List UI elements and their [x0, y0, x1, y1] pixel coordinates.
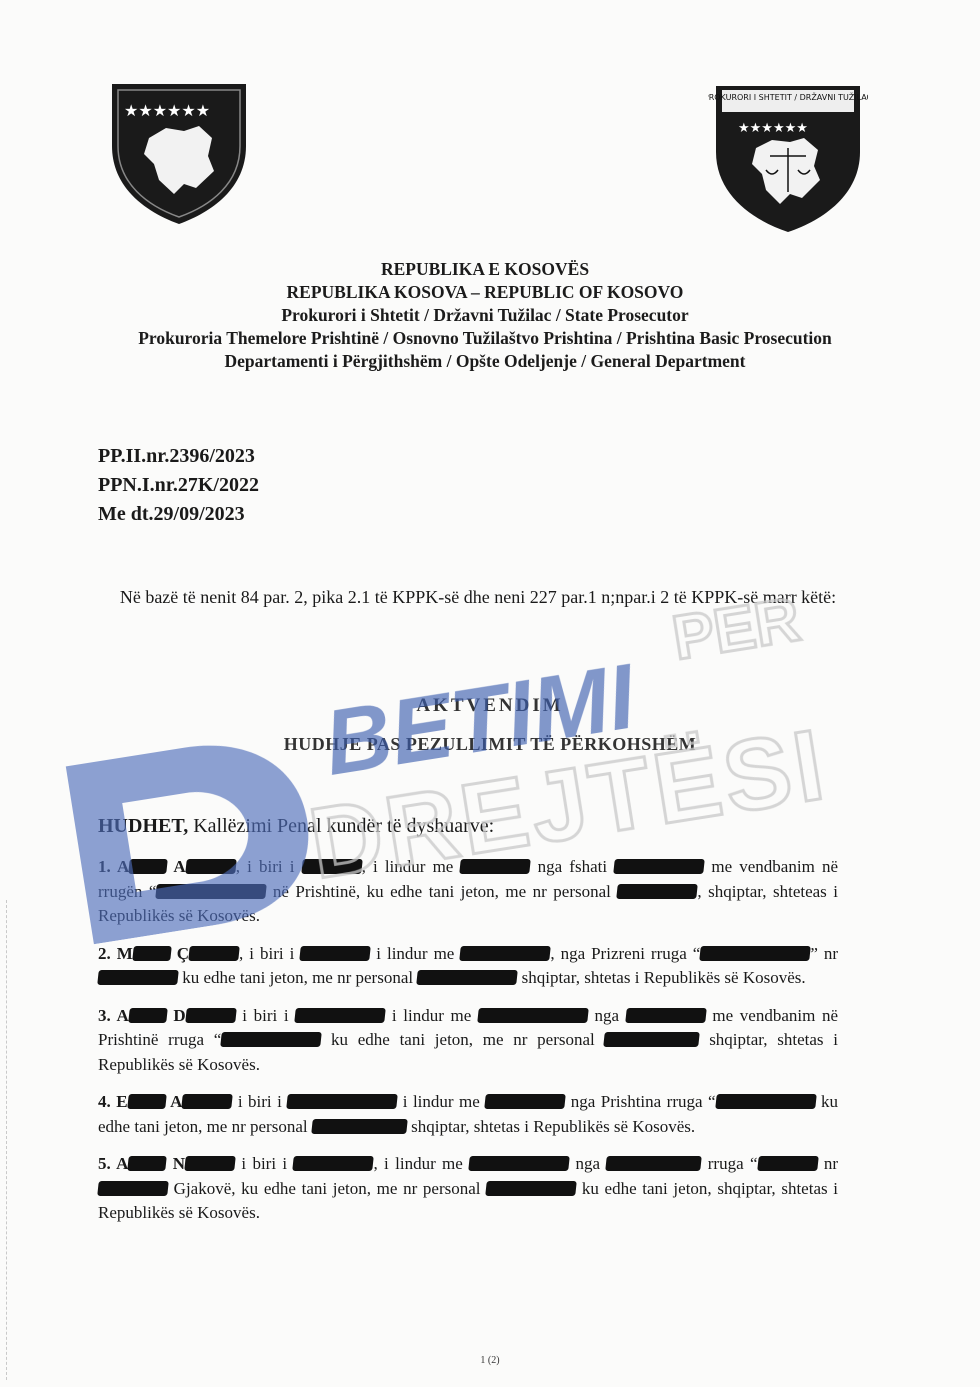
suspect-entry: 1. A A, i biri i , i lindur me nga fshat…	[98, 855, 838, 929]
suspect-initial: N	[166, 1154, 185, 1173]
redaction-bar	[182, 1094, 234, 1109]
suspect-number: 5. A	[98, 1154, 128, 1173]
suspect-entry: 2. M Ç, i biri i i lindur me , nga Prizr…	[98, 942, 838, 991]
svg-text:BETIMI: BETIMI	[318, 645, 644, 795]
suspect-text: nr	[818, 1154, 839, 1173]
header-prosecution-office: Prokuroria Themelore Prishtinë / Osnovno…	[100, 327, 870, 350]
page-number: 1 (2)	[0, 1355, 980, 1366]
svg-text:★★★★★★: ★★★★★★	[124, 101, 210, 120]
decision-line: HUDHET, Kallëzimi Penal kundër të dyshua…	[98, 815, 494, 838]
suspect-text: , nga Prizreni rruga “	[550, 944, 700, 963]
redaction-bar	[617, 884, 699, 899]
suspect-initial: A	[167, 857, 185, 876]
redaction-bar	[294, 1008, 386, 1023]
suspect-initial: Ç	[171, 944, 189, 963]
suspect-entry: 4. E A i biri i i lindur me nga Prishtin…	[98, 1090, 838, 1139]
svg-text:★★★★★★: ★★★★★★	[738, 121, 808, 136]
kosovo-coat-of-arms-icon: ★★★★★★	[104, 76, 254, 226]
suspect-text: nga Prishtina rruga “	[565, 1092, 715, 1111]
suspect-text: shqiptar, shtetas i Republikës së Kosovë…	[407, 1117, 695, 1136]
redaction-bar	[132, 946, 172, 961]
suspect-text: rruga “	[701, 1154, 757, 1173]
redaction-bar	[715, 1094, 817, 1109]
redaction-bar	[417, 970, 519, 985]
suspect-initial: D	[167, 1006, 186, 1025]
redaction-bar	[97, 1181, 169, 1196]
suspect-text: , i biri i	[236, 857, 302, 876]
state-prosecutor-emblem-icon: PROKURORI I SHTETIT / DRŽAVNI TUŽILAC ★★…	[708, 80, 868, 235]
case-references: PP.II.nr.2396/2023 PPN.I.nr.27K/2022 Me …	[98, 442, 259, 529]
suspect-text: , i lindur me	[362, 857, 461, 876]
suspect-text: nga	[569, 1154, 606, 1173]
redaction-bar	[188, 946, 240, 961]
suspect-initial: A	[166, 1092, 183, 1111]
document-header: REPUBLIKA E KOSOVËS REPUBLIKA KOSOVA – R…	[100, 258, 870, 373]
case-number-pp: PP.II.nr.2396/2023	[98, 442, 259, 471]
suspect-text: , i biri i	[239, 944, 300, 963]
redaction-bar	[293, 1156, 375, 1171]
suspect-text: i biri i	[232, 1092, 287, 1111]
case-date: Me dt.29/09/2023	[98, 500, 259, 529]
svg-text:PROKURORI I SHTETIT / DRŽAVNI: PROKURORI I SHTETIT / DRŽAVNI TUŽILAC	[708, 91, 868, 102]
redaction-bar	[613, 859, 705, 874]
document-subtitle: HUDHJE PAS PEZULLIMIT TË PËRKOHSHËM	[0, 734, 980, 755]
redaction-bar	[460, 859, 532, 874]
suspect-text: shqiptar, shtetas i Republikës së Kosovë…	[517, 968, 805, 987]
suspect-text: ku edhe tani jeton, me nr personal	[321, 1030, 604, 1049]
redaction-bar	[128, 859, 168, 874]
redaction-bar	[128, 1008, 168, 1023]
redaction-bar	[300, 946, 372, 961]
suspect-text: , i lindur me	[373, 1154, 469, 1173]
redaction-bar	[97, 970, 179, 985]
redaction-bar	[128, 1156, 168, 1171]
suspect-text: Gjakovë, ku edhe tani jeton, me nr perso…	[168, 1179, 486, 1198]
suspect-text: ku edhe tani jeton, me nr personal	[178, 968, 417, 987]
redaction-bar	[221, 1032, 323, 1047]
header-country-multi: REPUBLIKA KOSOVA – REPUBLIC OF KOSOVO	[100, 281, 870, 304]
decision-verb: HUDHET,	[98, 815, 188, 837]
suspect-text: i lindur me	[397, 1092, 485, 1111]
redaction-bar	[606, 1156, 703, 1171]
case-number-ppn: PPN.I.nr.27K/2022	[98, 471, 259, 500]
suspect-text: nga	[588, 1006, 626, 1025]
redaction-bar	[287, 1094, 399, 1109]
suspect-text: i biri i	[235, 1154, 293, 1173]
redaction-bar	[485, 1181, 577, 1196]
redaction-bar	[757, 1156, 819, 1171]
redaction-bar	[460, 946, 552, 961]
redaction-bar	[185, 1008, 237, 1023]
suspect-number: 3. A	[98, 1006, 129, 1025]
redaction-bar	[127, 1094, 167, 1109]
header-department: Departamenti i Përgjithshëm / Opšte Odel…	[100, 350, 870, 373]
suspect-number: 4. E	[98, 1092, 128, 1111]
suspect-text: nga fshati	[530, 857, 614, 876]
redaction-bar	[156, 884, 268, 899]
redaction-bar	[604, 1032, 701, 1047]
redaction-bar	[700, 946, 812, 961]
suspect-entry: 3. A D i biri i i lindur me nga me vendb…	[98, 1004, 838, 1078]
suspect-entry: 5. A N i biri i , i lindur me nga rruga …	[98, 1152, 838, 1226]
redaction-bar	[625, 1008, 707, 1023]
suspect-text: i lindur me	[385, 1006, 478, 1025]
document-page: ★★★★★★ PROKURORI I SHTETIT / DRŽAVNI TUŽ…	[0, 0, 980, 1387]
redaction-bar	[311, 1119, 408, 1134]
header-prosecutor: Prokurori i Shtetit / Državni Tužilac / …	[100, 304, 870, 327]
suspects-list: 1. A A, i biri i , i lindur me nga fshat…	[98, 855, 838, 1239]
suspect-text: i biri i	[236, 1006, 296, 1025]
redaction-bar	[468, 1156, 570, 1171]
document-title: AKTVENDIM	[0, 695, 980, 717]
suspect-text: në Prishtinë, ku edhe tani jeton, me nr …	[266, 882, 617, 901]
scan-edge-marks	[6, 900, 11, 1380]
redaction-bar	[185, 859, 237, 874]
redaction-bar	[484, 1094, 566, 1109]
redaction-bar	[184, 1156, 236, 1171]
redaction-bar	[301, 859, 363, 874]
header-country-sq: REPUBLIKA E KOSOVËS	[100, 258, 870, 281]
suspect-number: 1. A	[98, 857, 129, 876]
redaction-bar	[477, 1008, 589, 1023]
decision-text: Kallëzimi Penal kundër të dyshuarve:	[193, 815, 494, 837]
suspect-number: 2. M	[98, 944, 133, 963]
suspect-text: ” nr	[810, 944, 838, 963]
suspect-text: i lindur me	[370, 944, 460, 963]
legal-basis: Në bazë të nenit 84 par. 2, pika 2.1 të …	[98, 584, 858, 610]
